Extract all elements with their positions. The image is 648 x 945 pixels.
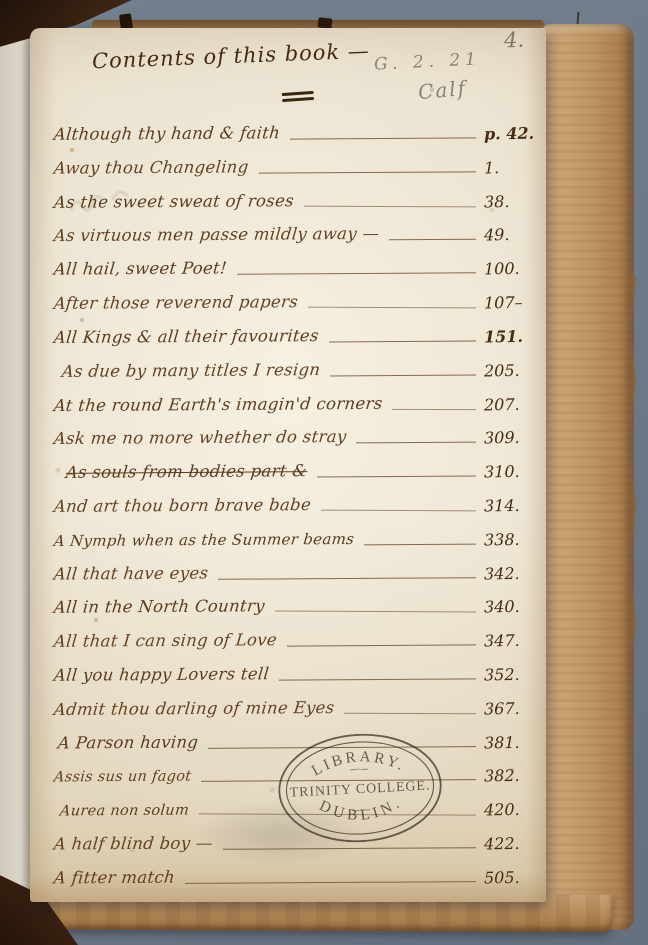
entry-first-line: As virtuous men passe mildly away —	[53, 224, 380, 245]
entry-page-number: 340.	[484, 597, 540, 617]
photograph-of-open-book: Contents of this book — G. 2. 21 4. Calf…	[0, 0, 648, 945]
entry-page-number: 342.	[484, 563, 540, 583]
contents-entry: As due by many titles I resign 205.	[62, 361, 540, 381]
contents-entry: A Nymph when as the Summer beams 338.	[54, 530, 540, 550]
entry-first-line: All Kings & all their favourites	[53, 326, 320, 347]
contents-entry: At the round Earth's imagin'd corners 20…	[54, 395, 540, 415]
rough-paper-edge	[626, 254, 636, 674]
page-title: Contents of this book —	[92, 39, 371, 74]
contents-entry: And art thou born brave babe 314.	[54, 496, 540, 516]
entry-leader-line	[218, 577, 476, 580]
entry-first-line: After those reverend papers	[53, 292, 299, 313]
entry-first-line: As the sweet sweat of roses	[53, 191, 295, 212]
entry-leader-line	[364, 543, 476, 545]
entry-leader-line	[279, 678, 476, 680]
entry-first-line: Assis sus un fagot	[53, 769, 192, 786]
contents-entry: Away thou Changeling 1.	[54, 158, 540, 178]
contents-entry: All hail, sweet Poet! 100.	[54, 259, 540, 279]
contents-entry: Ask me no more whether do stray 309.	[54, 428, 540, 448]
entry-leader-line	[237, 273, 476, 275]
entry-leader-line	[308, 307, 476, 309]
entry-page-number: 381.	[484, 732, 540, 752]
entry-page-number: 38.	[484, 191, 540, 211]
pencil-binding-note: Calf	[417, 76, 468, 104]
entry-page-number: 310.	[484, 462, 540, 482]
contents-entry: As souls from bodies part & 310.	[66, 462, 540, 482]
entry-first-line: Admit thou darling of mine Eyes	[53, 698, 335, 719]
contents-entry: All Kings & all their favourites 151.	[54, 327, 540, 347]
stamp-ornament: —·—	[349, 763, 368, 774]
contents-entry: Admit thou darling of mine Eyes 367.	[54, 699, 540, 719]
entry-leader-line	[275, 611, 476, 613]
entry-first-line: All in the North Country	[53, 597, 266, 617]
entry-page-number: 207.	[484, 394, 540, 414]
entry-first-line: All you happy Lovers tell	[53, 664, 270, 685]
clasp-remnant	[318, 17, 333, 28]
entry-page-number: 1.	[484, 157, 540, 177]
contents-entry: All you happy Lovers tell 352.	[54, 665, 540, 685]
entry-page-number: 314.	[484, 495, 540, 515]
entry-first-line: Aurea non solum	[59, 803, 190, 820]
contents-entry: All that have eyes 342.	[54, 564, 540, 584]
manuscript-page: Contents of this book — G. 2. 21 4. Calf…	[30, 28, 546, 902]
entry-page-number: 382.	[484, 766, 540, 786]
entry-page-number: 107–	[484, 293, 540, 313]
entry-page-number: 100.	[484, 259, 540, 279]
entry-leader-line	[330, 374, 476, 376]
entry-leader-line	[344, 713, 476, 715]
entry-page-number: 309.	[484, 428, 540, 448]
entry-first-line: All hail, sweet Poet!	[53, 259, 228, 279]
page-block-fore-edge	[541, 24, 634, 930]
pencil-number: 4.	[504, 28, 525, 53]
entry-first-line: A Nymph when as the Summer beams	[53, 530, 355, 550]
entry-leader-line	[290, 137, 476, 139]
contents-entry: Although thy hand & faith p. 42.	[54, 124, 540, 144]
entry-page-number: 338.	[484, 529, 540, 549]
title-underline-flourish	[282, 91, 315, 105]
entry-first-line: As souls from bodies part &	[65, 461, 308, 482]
entry-first-line: As due by many titles I resign	[61, 360, 321, 381]
entry-first-line: Although thy hand & faith	[53, 123, 281, 144]
entry-leader-line	[389, 239, 476, 241]
entry-page-number: 205.	[484, 360, 540, 380]
entry-first-line: A Parson having	[57, 732, 199, 752]
contents-entry: All that I can sing of Love 347.	[54, 631, 540, 651]
pencil-shelfmark: G. 2. 21	[374, 49, 482, 75]
pencil-tick-mark	[577, 12, 580, 24]
entry-leader-line	[287, 645, 476, 647]
entry-first-line: Ask me no more whether do stray	[53, 427, 347, 448]
entry-first-line: At the round Earth's imagin'd corners	[53, 393, 384, 414]
entry-page-number: 347.	[484, 631, 540, 651]
entry-leader-line	[329, 340, 476, 342]
entry-page-number: 422.	[484, 834, 540, 854]
entry-first-line: All that I can sing of Love	[53, 630, 278, 651]
smudge-stain	[180, 794, 380, 874]
entry-first-line: And art thou born brave babe	[53, 495, 312, 516]
entry-page-number: p. 42.	[484, 124, 540, 144]
contents-entry: As virtuous men passe mildly away — 49.	[54, 225, 540, 245]
entry-leader-line	[259, 171, 476, 173]
entry-page-number: 367.	[484, 698, 540, 718]
edge-browning	[30, 872, 546, 902]
entry-leader-line	[304, 205, 476, 207]
entry-leader-line	[392, 408, 476, 409]
contents-entry: After those reverend papers 107–	[54, 293, 540, 313]
contents-entry: All in the North Country 340.	[54, 597, 540, 617]
entry-first-line: All that have eyes	[53, 563, 209, 583]
entry-leader-line	[317, 476, 476, 478]
entry-page-number: 151.	[484, 326, 540, 346]
entry-page-number: 352.	[484, 665, 540, 685]
entry-leader-line	[321, 510, 476, 512]
entry-first-line: Away thou Changeling	[53, 157, 250, 177]
contents-entry: As the sweet sweat of roses 38.	[54, 192, 540, 212]
entry-page-number: 420.	[484, 800, 540, 820]
entry-leader-line	[356, 442, 476, 444]
foxing-spots	[70, 148, 74, 152]
entry-page-number: 49.	[484, 225, 540, 245]
